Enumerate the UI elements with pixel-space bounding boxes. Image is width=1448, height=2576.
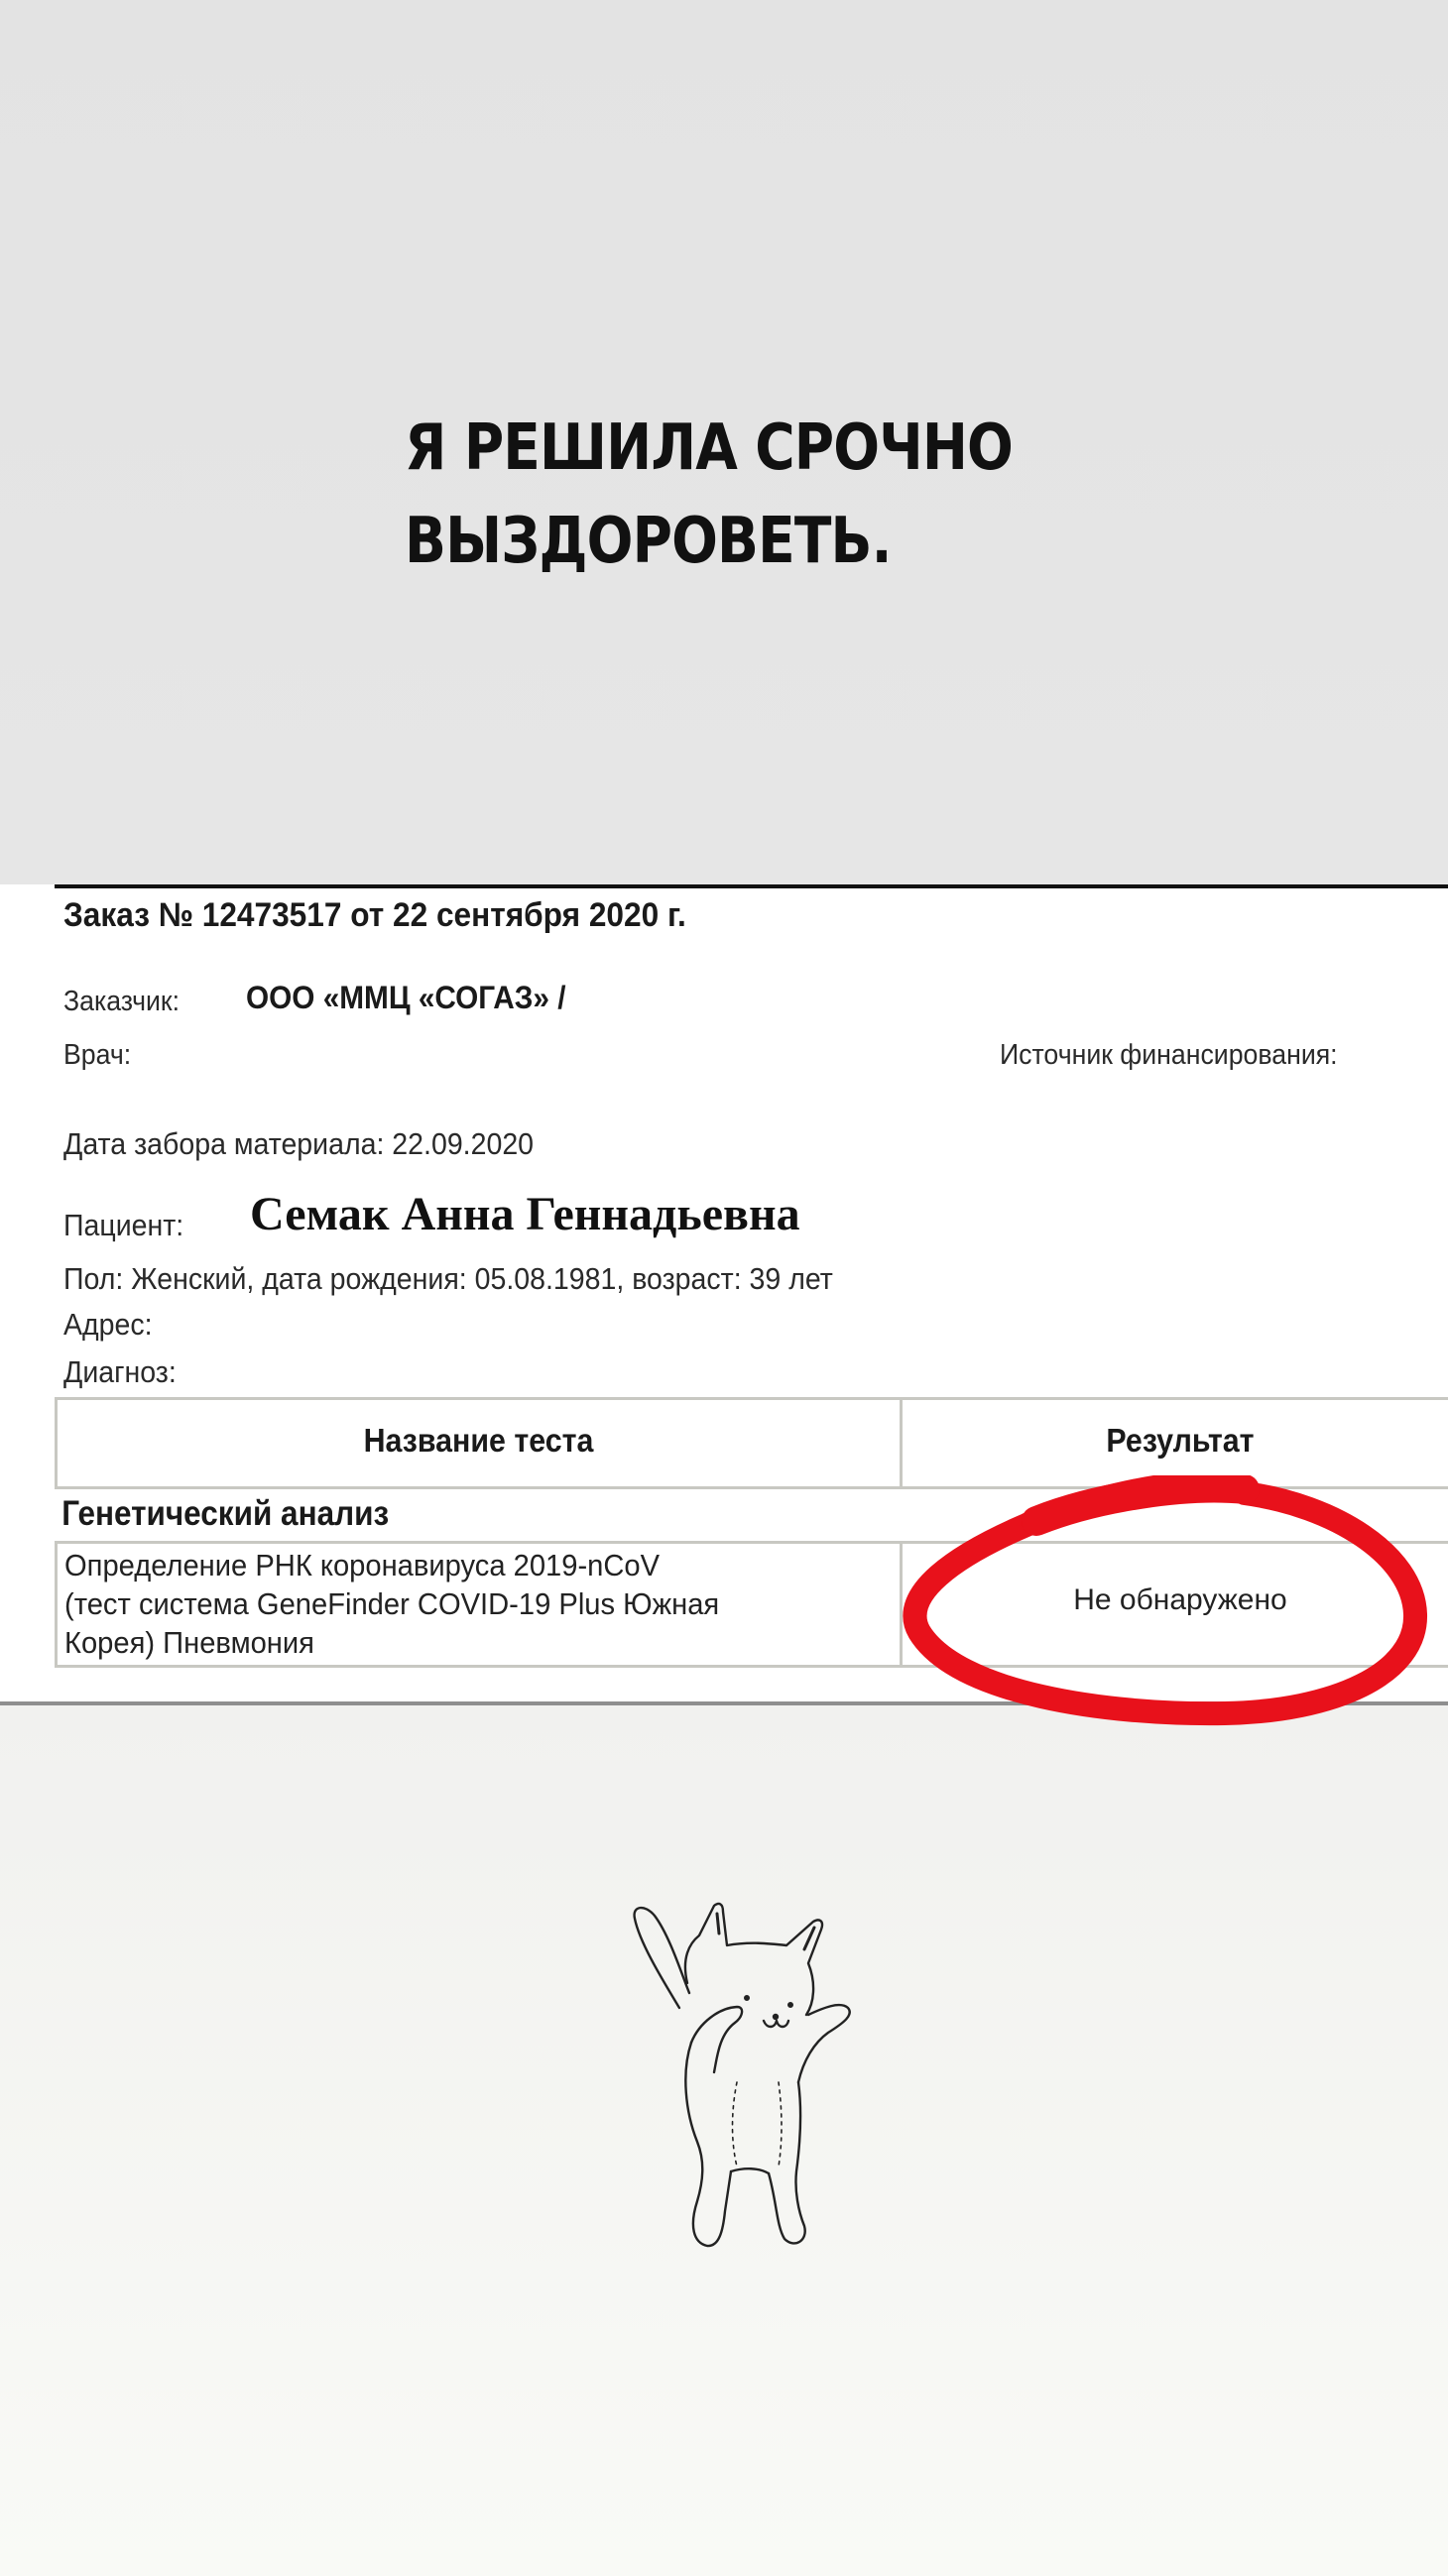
result-cell: Не обнаружено bbox=[903, 1583, 1448, 1617]
document-top-rule bbox=[55, 884, 1448, 888]
funding-source-label: Источник финансирования: bbox=[1000, 1039, 1338, 1072]
customer-label: Заказчик: bbox=[63, 986, 180, 1018]
lab-result-document: Заказ № 12473517 от 22 сентября 2020 г. … bbox=[0, 884, 1448, 1705]
test-name-line: (тест система GeneFinder COVID-19 Plus Ю… bbox=[64, 1584, 838, 1623]
order-number: Заказ № 12473517 от 22 сентября 2020 г. bbox=[63, 896, 686, 935]
headline-line-2: ВЫЗДОРОВЕТЬ. bbox=[405, 495, 1013, 588]
test-name-line: Корея) Пневмония bbox=[64, 1623, 838, 1662]
patient-details: Пол: Женский, дата рождения: 05.08.1981,… bbox=[63, 1261, 833, 1297]
test-name-cell: Определение РНК коронавируса 2019-nCoV (… bbox=[64, 1546, 838, 1662]
diagnosis-label: Диагноз: bbox=[63, 1354, 177, 1390]
dancing-cat-illustration bbox=[620, 1884, 853, 2261]
patient-name: Семак Анна Геннадьевна bbox=[250, 1187, 800, 1241]
header-result: Результат bbox=[924, 1422, 1435, 1460]
table-row: Определение РНК коронавируса 2019-nCoV (… bbox=[55, 1541, 1448, 1668]
test-name-line: Определение РНК коронавируса 2019-nCoV bbox=[64, 1546, 838, 1584]
header-test-name: Название теста bbox=[91, 1422, 866, 1460]
doctor-label: Врач: bbox=[63, 1039, 131, 1072]
table-header-row: Название теста Результат bbox=[55, 1397, 1448, 1489]
address-label: Адрес: bbox=[63, 1307, 153, 1343]
column-divider bbox=[900, 1400, 903, 1486]
story-headline: Я РЕШИЛА СРОЧНО ВЫЗДОРОВЕТЬ. bbox=[405, 402, 1013, 588]
headline-line-1: Я РЕШИЛА СРОЧНО bbox=[405, 402, 1013, 495]
results-table: Название теста Результат Генетический ан… bbox=[55, 1397, 1448, 1668]
section-genetic-analysis: Генетический анализ bbox=[55, 1489, 1322, 1541]
sample-date: Дата забора материала: 22.09.2020 bbox=[63, 1126, 534, 1162]
patient-label: Пациент: bbox=[63, 1208, 183, 1243]
customer-value: ООО «ММЦ «СОГАЗ» / bbox=[246, 980, 566, 1016]
